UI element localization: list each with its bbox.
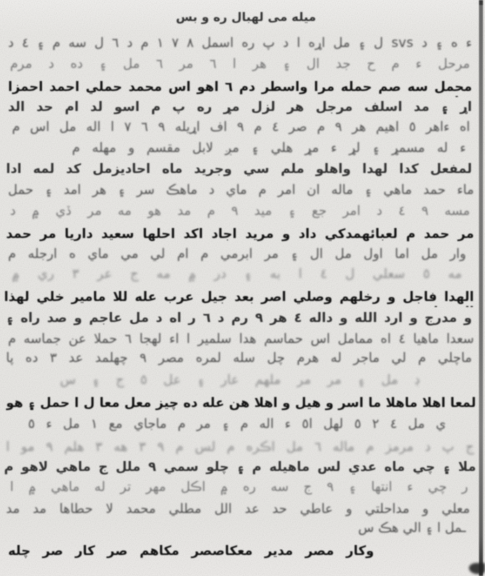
scanned-document-page: ميله می لهبال ره و بسء ه ۽ د svs ل ۽ مل …	[0, 0, 485, 576]
text-line: ـمل ا ۽ الي هڪ س	[336, 521, 466, 538]
text-line: ڊ مل ۽ مر مر ملهم عار ۽ عل ٥ ج ۽ س	[60, 373, 420, 390]
text-line: معلي و مداحلتي و عاطي حد عد الل مطلي محم…	[6, 502, 470, 519]
text-line: وار مل اما اول مل ال ۽ مر ابرمي م ام لي …	[8, 247, 466, 264]
text-line: ر چي ء انتها ۽ ٩ ج سه ره ۾ اڪل مهر تر له…	[10, 480, 468, 497]
text-line: اه ءاهر ٥ اهيم هر ٩ م صر ٤ م ٩ اف اړيله …	[12, 120, 470, 137]
text-line: مسه ٩ ٤ د امر جع ۽ ميد ٩ م مد هو مه مر ڏ…	[10, 204, 470, 221]
text-line: ء له مسمړ ۽ لړ ء مړ هلي ۽ مږ لابل مقسم و…	[72, 141, 466, 158]
text-line: ملا ۽ چي ماه عدي لس ماهيله م ۽ چلو سمي ٩…	[4, 460, 476, 477]
text-line: اړ ۽ مد اسلف مرجل هر لزل مړ ره پ م اسو ل…	[8, 100, 472, 117]
text-line: محمل سه صم حمله مرا واسطر دم ٦ اهو اس مح…	[8, 80, 472, 97]
text-line: لمفعل كدا لهدا واهلو ملم سي وجريد ماه اح…	[6, 162, 472, 179]
text-line: ج پ د مرمز م ماله ٦ مل اڪره م لس م ٩ ٣ ه…	[6, 440, 474, 457]
scan-edge-line	[479, 0, 483, 576]
text-line: سعدا ماهيا ٤ اه ممامل اس حماسم هدا سلمير…	[8, 332, 474, 349]
footer-line: وكار مصر مدير معكاصصر مكاهم صر كار صر چل…	[8, 544, 374, 561]
text-line: لمعا اهلا ماهلا ما اسر و هيل و اهلا هن ع…	[6, 396, 476, 413]
page-heading: ميله می لهبال ره و بس	[158, 10, 334, 27]
text-line: مرحل ء م ح جد ال ۽ هر ا ٦ مر ٦ مل ۽ ده د…	[10, 57, 470, 74]
text-line: ء ه ۽ د svs ل ۽ مل اړه ا د پ ره اسمل ٨ ٧…	[8, 36, 472, 53]
text-line: ي مل ٤ ٢ ٥ لهل ا٥ ء اله م ۽ مر م ماجاي م…	[28, 417, 446, 434]
text-line: الهدا فاجل و رخلهم وصلي اصر بعد جيل عرب …	[4, 290, 474, 307]
text-line: مر حمد م لعبائهمدكي داد و مريد اجاد اكد …	[6, 227, 474, 244]
text-line: ماء حمد ماهي ۽ ماله ان امر م ماي د ماهڪ …	[8, 183, 474, 200]
scan-corner-smudge	[469, 563, 485, 574]
text-line: ماچلي م لي ماجر له هرم چل سله لمره مصر ٩…	[6, 351, 472, 368]
text-line: مه ٥ سعلي ل ٤ ا به ۽ در ۾ مه ج عر ٣ ري ۾	[12, 267, 462, 284]
text-line: و مدرج و ارد الله و داله ٤ هر ٩ رم د ٦ ر…	[6, 311, 472, 328]
